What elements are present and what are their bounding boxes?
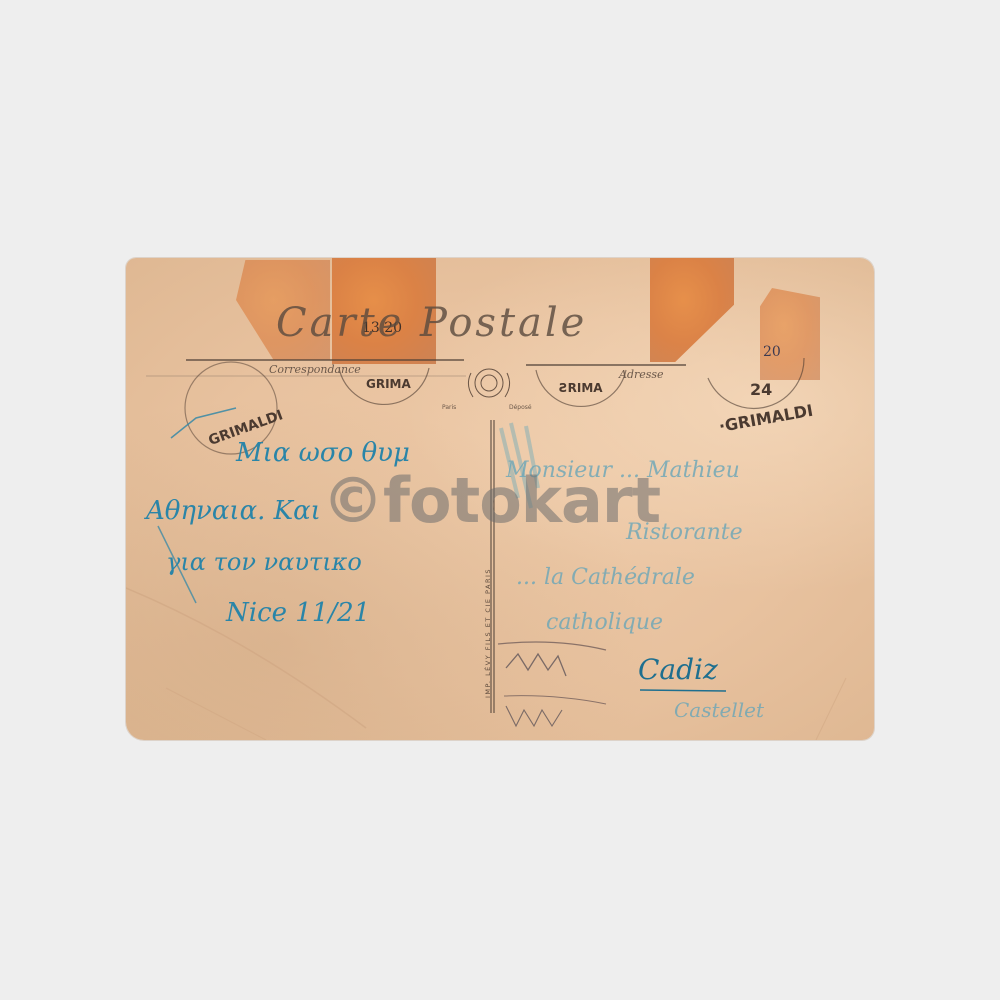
message-line-2: Αθηναια. Και <box>146 496 321 526</box>
address-label: Adresse <box>619 368 664 381</box>
svg-text:GRIMA: GRIMA <box>366 377 411 391</box>
svg-text:24: 24 <box>750 380 772 399</box>
stamp-overprint-right: 20 <box>763 344 781 360</box>
svg-text:·GRIMALDI: ·GRIMALDI <box>717 401 814 436</box>
watermark: ©fotokart <box>322 464 660 537</box>
canvas: GRIMALDI GRIMA ƧRIMA 24 ·GRIMALDI <box>0 0 1000 1000</box>
message-line-3: για τον ναυτικο <box>166 548 362 576</box>
postcard-title: Carte Postale <box>276 300 587 346</box>
address-line-4: catholique <box>546 610 663 635</box>
svg-text:ƧRIMA: ƧRIMA <box>559 381 603 395</box>
emblem-label-right: Déposé <box>509 404 532 411</box>
address-line-5: Cadiz <box>638 653 718 686</box>
emblem-icon <box>468 369 509 397</box>
postmark-right: 24 ·GRIMALDI <box>708 358 814 436</box>
address-line-6: Castellet <box>674 698 764 722</box>
postmark-top-center: ƧRIMA <box>536 370 626 406</box>
message-line-4: Nice 11/21 <box>226 598 370 628</box>
emblem-label-left: Paris <box>442 404 456 411</box>
address-line-3: ... la Cathédrale <box>516 565 695 590</box>
correspondence-label: Correspondance <box>269 363 361 376</box>
printer-credit: IMP. LÉVY FILS ET CIE PARIS <box>484 568 492 698</box>
